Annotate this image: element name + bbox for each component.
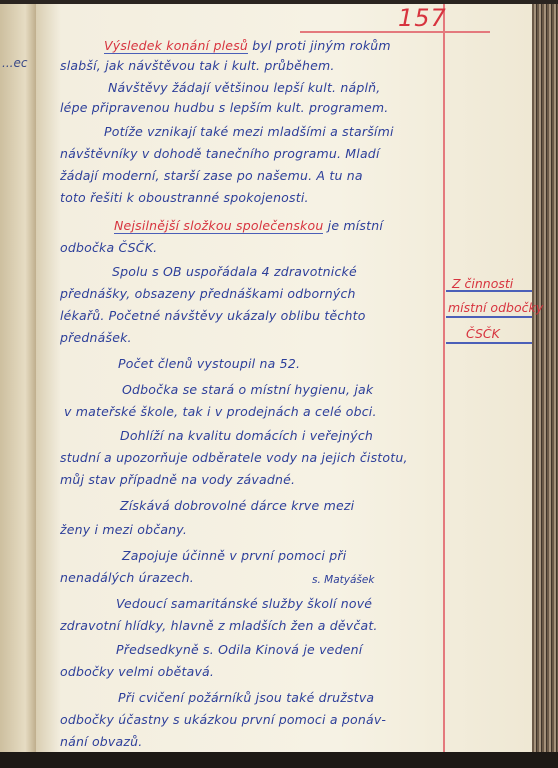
margin-note-rule [446, 316, 532, 318]
text-line: Při cvičení požárníků jsou také družstva [118, 690, 374, 705]
text-line: Potíže vznikají také mezi mladšími a sta… [104, 124, 394, 139]
text-line: zdravotní hlídky, hlavně z mladších žen … [60, 618, 378, 633]
text-line: Předsedkyně s. Odila Kinová je vedení [116, 642, 362, 657]
text-line: Počet členů vystoupil na 52. [118, 356, 300, 371]
margin-note-line: Z činnosti [452, 276, 513, 291]
margin-rule-vertical [443, 4, 445, 752]
text-line: přednášky, obsazeny přednáškami odbornýc… [60, 286, 356, 301]
text-line: odbočky velmi obětavá. [60, 664, 214, 679]
text-line: návštěvníky v dohodě tanečního programu.… [60, 146, 380, 161]
text-line: Zapojuje účinně v první pomoci při [122, 548, 346, 563]
text-line: v mateřské škole, tak i v prodejnách a c… [64, 404, 377, 419]
text-line: přednášek. [60, 330, 132, 345]
text-line: Výsledek konání plesů byl proti jiným ro… [104, 38, 391, 53]
margin-note-rule [446, 290, 532, 292]
text-line: žádají moderní, starší zase po našemu. A… [60, 168, 363, 183]
chronicle-page [36, 4, 532, 752]
text-line: odbočky účastny s ukázkou první pomoci a… [60, 712, 386, 727]
margin-note-rule [446, 342, 532, 344]
book-bottom-edge [0, 752, 558, 768]
text-line: nání obvazů. [60, 734, 142, 749]
text-line: toto řešiti k oboustranné spokojenosti. [60, 190, 309, 205]
header-rule [300, 31, 490, 33]
margin-note-line: místní odbočky [448, 300, 543, 315]
page-number: 157 [398, 4, 447, 32]
text-line: můj stav případně na vody závadné. [60, 472, 295, 487]
text-line: studní a upozorňuje odběratele vody na j… [60, 450, 408, 465]
red-heading: Nejsilnější složkou společenskou [114, 218, 323, 234]
text-line: nenadálých úrazech. [60, 570, 194, 585]
text-line: lékařů. Početné návštěvy ukázaly oblibu … [60, 308, 366, 323]
red-heading: Výsledek konání plesů [104, 38, 248, 54]
text-line: Spolu s OB uspořádala 4 zdravotnické [112, 264, 357, 279]
text-line: Vedoucí samaritánské služby školí nové [116, 596, 372, 611]
left-page-fragment: ...ec [2, 56, 27, 70]
text-line: Získává dobrovolné dárce krve mezi [120, 498, 354, 513]
text-line: Návštěvy žádají většinou lepší kult. náp… [108, 80, 380, 95]
text-line: Dohlíží na kvalitu domácích i veřejných [120, 428, 373, 443]
left-page-edge: ...ec [0, 4, 36, 754]
margin-note-line: ČSČK [466, 326, 500, 341]
text-line: lépe připravenou hudbu s lepším kult. pr… [60, 100, 388, 115]
text-line: Nejsilnější složkou společenskou je míst… [114, 218, 383, 233]
book-fore-edge [532, 4, 558, 764]
interlinear-annotation: s. Matyášek [312, 574, 374, 586]
text-line: slabší, jak návštěvou tak i kult. průběh… [60, 58, 335, 73]
text-line: Odbočka se stará o místní hygienu, jak [122, 382, 373, 397]
text-line: odbočka ČSČK. [60, 240, 157, 255]
text-line: ženy i mezi občany. [60, 522, 187, 537]
